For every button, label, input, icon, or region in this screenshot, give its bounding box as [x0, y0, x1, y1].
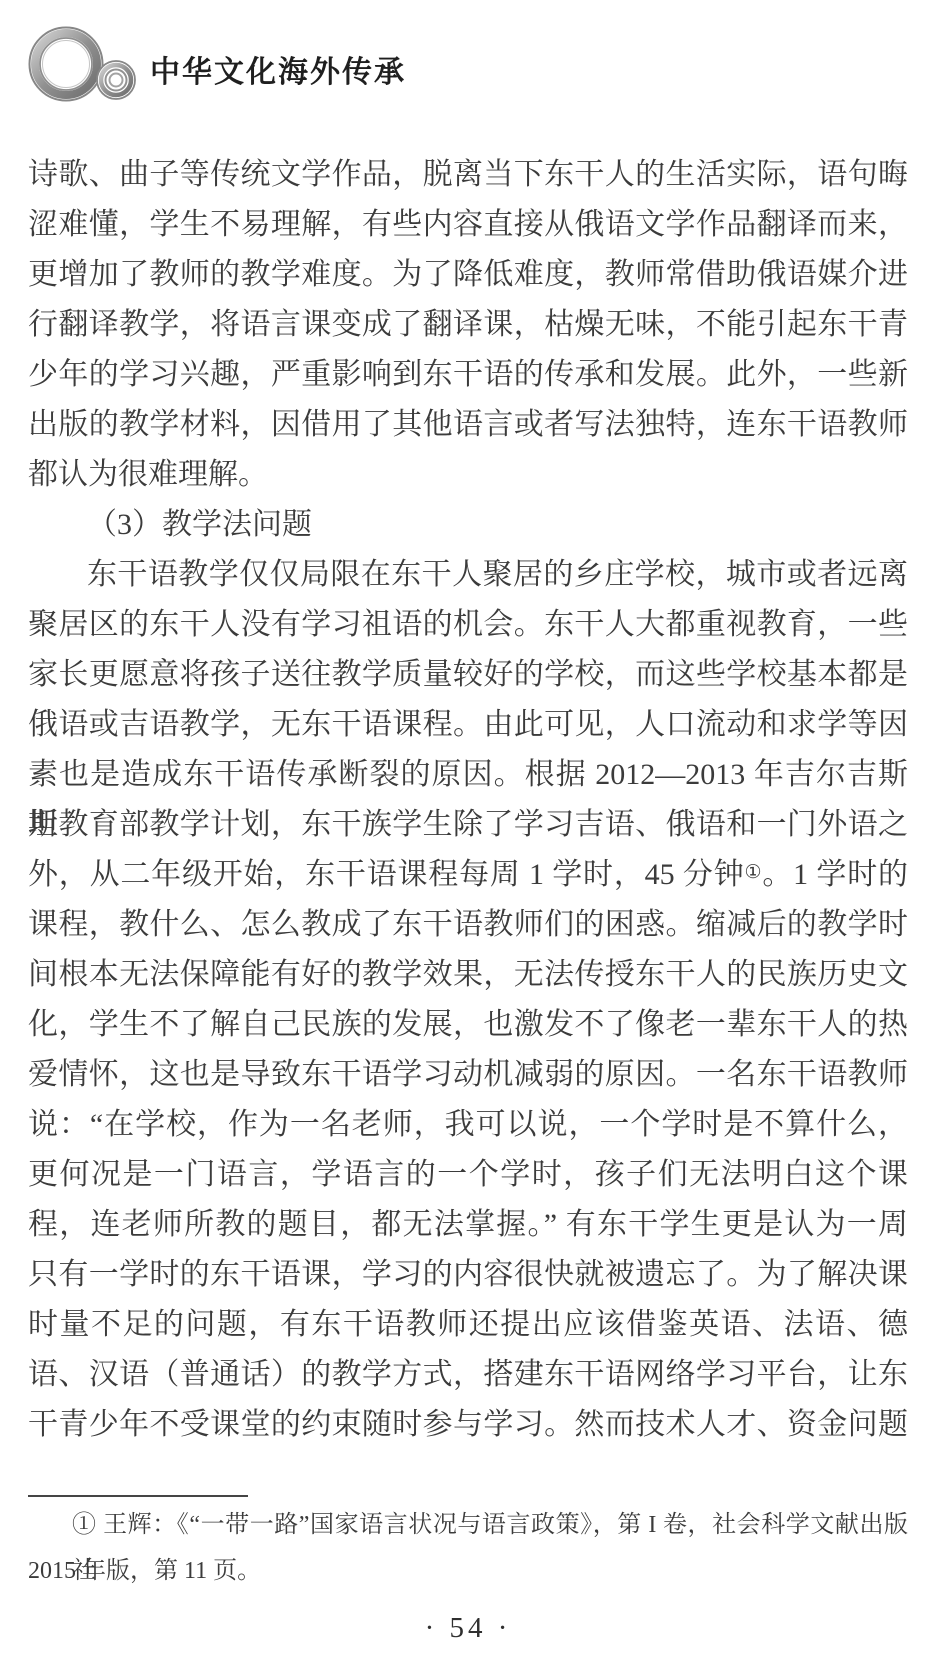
- text-line: 涩难懂，学生不易理解，有些内容直接从俄语文学作品翻译而来，: [28, 200, 908, 250]
- text-line: 诗歌、曲子等传统文学作品，脱离当下东干人的生活实际，语句晦: [28, 150, 908, 200]
- text-line: 行翻译教学，将语言课变成了翻译课，枯燥无味，不能引起东干青: [28, 300, 908, 350]
- text-line: 聚居区的东干人没有学习祖语的机会。东干人大都重视教育，一些: [28, 600, 908, 650]
- rings-logo-icon: [28, 24, 140, 106]
- text-line: 坦教育部教学计划，东干族学生除了学习吉语、俄语和一门外语之: [28, 800, 908, 850]
- text-line: 时量不足的问题，有东干语教师还提出应该借鉴英语、法语、德: [28, 1300, 908, 1350]
- footnote: ① 王辉：《“一带一路”国家语言状况与语言政策》，第 I 卷，社会科学文献出版社…: [28, 1502, 908, 1594]
- text-line: 少年的学习兴趣，严重影响到东干语的传承和发展。此外，一些新: [28, 350, 908, 400]
- text-line: 语、汉语（普通话）的教学方式，搭建东干语网络学习平台，让东: [28, 1350, 908, 1400]
- page-number: · 54 ·: [0, 1612, 936, 1645]
- text-line: 2015 年版，第 11 页。: [28, 1548, 908, 1594]
- text-line: 课程，教什么、怎么教成了东干语教师们的困惑。缩减后的教学时: [28, 900, 908, 950]
- text-line: 外，从二年级开始，东干语课程每周 1 学时，45 分钟①。1 学时的: [28, 850, 908, 900]
- text-line: 家长更愿意将孩子送往教学质量较好的学校，而这些学校基本都是: [28, 650, 908, 700]
- section-heading: （3）教学法问题: [28, 500, 908, 550]
- footnote-separator: [28, 1495, 248, 1497]
- text-line: ① 王辉：《“一带一路”国家语言状况与语言政策》，第 I 卷，社会科学文献出版社: [28, 1502, 908, 1548]
- text-line: 更何况是一门语言，学语言的一个学时，孩子们无法明白这个课: [28, 1150, 908, 1200]
- text-line: 东干语教学仅仅局限在东干人聚居的乡庄学校，城市或者远离: [28, 550, 908, 600]
- text-line: 爱情怀，这也是导致东干语学习动机减弱的原因。一名东干语教师: [28, 1050, 908, 1100]
- text-line: 干青少年不受课堂的约束随时参与学习。然而技术人才、资金问题: [28, 1400, 908, 1450]
- page-header: 中华文化海外传承: [0, 0, 936, 130]
- footnote-ref-icon: ①: [745, 862, 763, 883]
- text-line: 程，连老师所教的题目，都无法掌握。” 有东干学生更是认为一周: [28, 1200, 908, 1250]
- body-text: 诗歌、曲子等传统文学作品，脱离当下东干人的生活实际，语句晦涩难懂，学生不易理解，…: [28, 150, 908, 1450]
- text-line: 说：“在学校，作为一名老师，我可以说，一个学时是不算什么，: [28, 1100, 908, 1150]
- text-line: 间根本无法保障能有好的教学效果，无法传授东干人的民族历史文: [28, 950, 908, 1000]
- text-line: 更增加了教师的教学难度。为了降低难度，教师常借助俄语媒介进: [28, 250, 908, 300]
- text-line: 素也是造成东干语传承断裂的原因。根据 2012—2013 年吉尔吉斯斯: [28, 750, 908, 800]
- text-line: 俄语或吉语教学，无东干语课程。由此可见，人口流动和求学等因: [28, 700, 908, 750]
- text-line: 出版的教学材料，因借用了其他语言或者写法独特，连东干语教师: [28, 400, 908, 450]
- text-line: 都认为很难理解。: [28, 450, 908, 500]
- journal-title: 中华文化海外传承: [150, 47, 406, 91]
- text-line: 只有一学时的东干语课，学习的内容很快就被遗忘了。为了解决课: [28, 1250, 908, 1300]
- text-line: 化，学生不了解自己民族的发展，也激发不了像老一辈东干人的热: [28, 1000, 908, 1050]
- book-page: 中华文化海外传承 诗歌、曲子等传统文学作品，脱离当下东干人的生活实际，语句晦涩难…: [0, 0, 936, 1680]
